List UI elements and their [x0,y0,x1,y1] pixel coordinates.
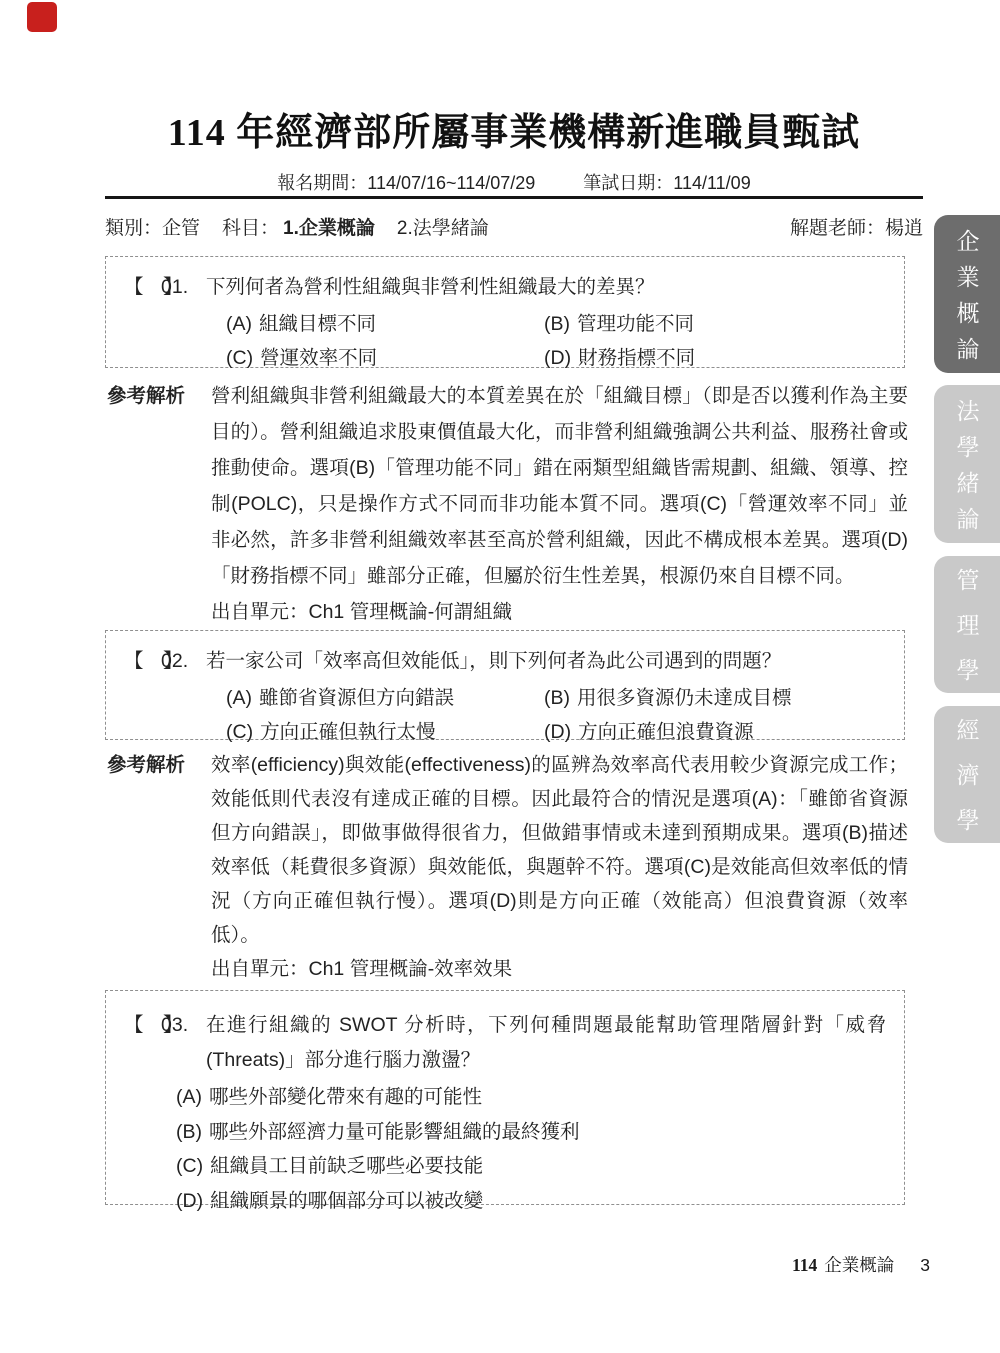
page-footer: 114 企業概論 3 [105,1252,930,1277]
teacher-label: 解題老師：楊逍 [790,213,923,240]
option-letter: (D) [176,1190,203,1212]
option-text: 哪些外部變化帶來有趣的可能性 [209,1086,482,1108]
source-unit: 出自單元：Ch1 管理概論-何謂組織 [211,594,908,630]
option-letter: (A) [226,313,252,335]
question-box-01: 【 】 01. 下列何者為營利性組織與非營利性組織最大的差異？ (A)組織目標不… [105,256,905,368]
question-box-02: 【 】 02. 若一家公司「效率高但效能低」，則下列何者為此公司遇到的問題？ (… [105,630,905,740]
option-d: (D)組織願景的哪個部分可以被改變 [176,1184,886,1219]
question-box-03: 【 】 03. 在進行組織的 SWOT 分析時，下列何種問題最能幫助管理階層針對… [105,990,905,1205]
option-b: (B)管理功能不同 [544,312,886,337]
tab-economics: 經濟學 [934,706,1000,843]
option-letter: (C) [176,1155,203,1177]
option-text: 財務指標不同 [578,347,695,369]
analysis-text: 營利組織與非營利組織最大的本質差異在於「組織目標」（即是否以獲利作為主要目的）。… [211,378,908,594]
option-text: 管理功能不同 [577,313,694,335]
option-c: (C)組織員工目前缺乏哪些必要技能 [176,1149,886,1184]
exam-date: 筆試日期：114/11/09 [583,169,750,195]
option-letter: (B) [176,1121,202,1143]
option-letter: (A) [226,687,252,709]
analysis-02: 參考解析 效率(efficiency)與效能(effectiveness)的區辨… [107,748,908,986]
option-c: (C)方向正確但執行太慢 [226,720,544,745]
option-text: 方向正確但浪費資源 [578,721,754,743]
option-letter: (C) [226,347,253,369]
option-letter: (B) [544,687,570,709]
red-corner-marker [27,2,57,32]
page-number: 3 [920,1255,930,1276]
subject-2: 2.法學緒論 [397,218,489,239]
question-01-stem-row: 【 】 01. 下列何者為營利性組織與非營利性組織最大的差異？ [124,274,886,301]
footer-year: 114 [792,1255,817,1276]
option-a: (A)雖節省資源但方向錯誤 [226,686,544,711]
option-text: 組織願景的哪個部分可以被改變 [210,1190,483,1212]
subject-label: 科目： [222,218,279,239]
option-d: (D)財務指標不同 [544,346,886,371]
option-text: 用很多資源仍未達成目標 [577,687,792,709]
analysis-body: 營利組織與非營利組織最大的本質差異在於「組織目標」（即是否以獲利作為主要目的）。… [211,378,908,630]
question-03-options: (A)哪些外部變化帶來有趣的可能性 (B)哪些外部經濟力量可能影響組織的最終獲利… [176,1080,886,1218]
page-title: 114 年經濟部所屬事業機構新進職員甄試 [105,110,923,156]
option-text: 營運效率不同 [260,347,377,369]
category-subject-line: 類別：企管科目：1.企業概論2.法學緒論 [105,213,493,240]
option-text: 哪些外部經濟力量可能影響組織的最終獲利 [209,1121,580,1143]
option-letter: (A) [176,1086,202,1108]
analysis-text: 效率(efficiency)與效能(effectiveness)的區辨為效率高代… [211,748,908,952]
option-d: (D)方向正確但浪費資源 [544,720,886,745]
subject-1: 1.企業概論 [283,218,375,239]
option-a: (A)組織目標不同 [226,312,544,337]
exam-dates-line: 報名期間：114/07/16~114/07/29 筆試日期：114/11/09 [105,169,923,195]
tab-intro-to-law: 法學緒論 [934,385,1000,543]
question-01-options: (A)組織目標不同 (B)管理功能不同 (C)營運效率不同 (D)財務指標不同 [226,312,886,371]
analysis-body: 效率(efficiency)與效能(effectiveness)的區辨為效率高代… [211,748,908,986]
option-letter: (D) [544,721,571,743]
question-number: 02. [161,648,188,675]
option-text: 雖節省資源但方向錯誤 [259,687,454,709]
analysis-01: 參考解析 營利組織與非營利組織最大的本質差異在於「組織目標」（即是否以獲利作為主… [107,378,908,630]
analysis-label: 參考解析 [107,748,185,986]
analysis-label: 參考解析 [107,378,185,630]
source-unit: 出自單元：Ch1 管理概論-效率效果 [211,952,908,986]
question-03-stem-row: 【 】 03. 在進行組織的 SWOT 分析時，下列何種問題最能幫助管理階層針對… [124,1008,886,1077]
tab-label: 法學緒論 [951,399,984,543]
option-letter: (C) [226,721,253,743]
question-number: 01. [161,274,188,301]
tab-label: 企業概論 [951,229,984,373]
question-number: 03. [161,1008,188,1043]
tab-label: 管理學 [951,568,984,703]
tab-management: 管理學 [934,556,1000,693]
tab-label: 經濟學 [951,718,984,853]
option-b: (B)哪些外部經濟力量可能影響組織的最終獲利 [176,1115,886,1150]
footer-subject: 企業概論 [824,1252,894,1277]
option-text: 組織目標不同 [259,313,376,335]
option-c: (C)營運效率不同 [226,346,544,371]
question-stem: 在進行組織的 SWOT 分析時，下列何種問題最能幫助管理階層針對「威脅(Thre… [206,1014,886,1071]
question-02-options: (A)雖節省資源但方向錯誤 (B)用很多資源仍未達成目標 (C)方向正確但執行太… [226,686,886,745]
option-letter: (D) [544,347,571,369]
option-text: 組織員工目前缺乏哪些必要技能 [210,1155,483,1177]
question-02-stem-row: 【 】 02. 若一家公司「效率高但效能低」，則下列何者為此公司遇到的問題？ [124,648,886,675]
header-divider [105,196,923,199]
meta-line: 類別：企管科目：1.企業概論2.法學緒論 解題老師：楊逍 [105,213,923,240]
category-label: 類別：企管 [105,218,200,239]
tab-business-concepts: 企業概論 [934,215,1000,373]
registration-period: 報名期間：114/07/16~114/07/29 [277,169,535,195]
option-letter: (B) [544,313,570,335]
question-stem: 下列何者為營利性組織與非營利性組織最大的差異？ [206,276,655,298]
option-b: (B)用很多資源仍未達成目標 [544,686,886,711]
option-a: (A)哪些外部變化帶來有趣的可能性 [176,1080,886,1115]
option-text: 方向正確但執行太慢 [260,721,436,743]
question-stem: 若一家公司「效率高但效能低」，則下列何者為此公司遇到的問題？ [206,650,781,672]
